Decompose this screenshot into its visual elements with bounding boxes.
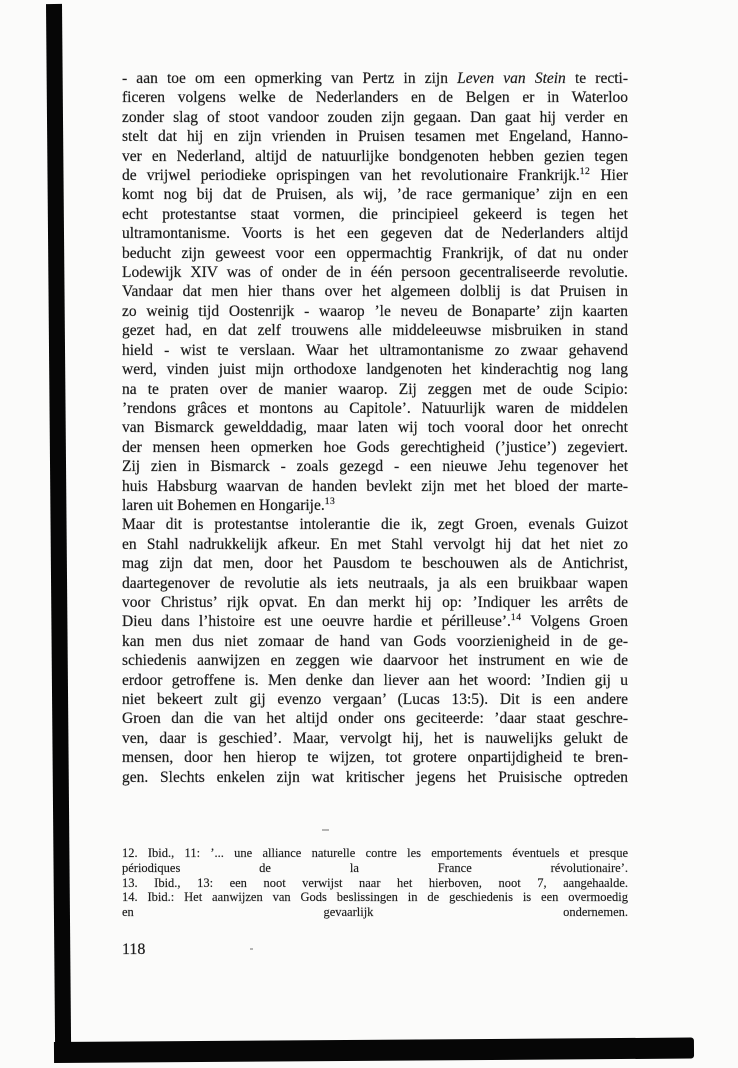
text-line: Lodewijk XIV was of onder de in één pers…: [122, 263, 628, 282]
text-line: Zij zien in Bismarck - zoals gezegd - ee…: [122, 457, 628, 476]
text-line: voor Christus’ rijk opvat. En dan merkt …: [122, 593, 628, 612]
text-line: Dieu dans l’histoire est une oeuvre hard…: [122, 612, 628, 631]
text-line: ven, daar is geschied’. Maar, vervolgt h…: [122, 729, 628, 748]
text-line: stelt dat hij en zijn vrienden in Pruise…: [122, 127, 628, 146]
text-line: Vandaar dat men hier thans over het alge…: [122, 282, 628, 301]
text-line: ver en Nederland, altijd de natuurlijke …: [122, 147, 628, 166]
text-line: périodiques de la France révolutionaire’…: [122, 861, 628, 876]
text-line: huis Habsburg waarvan de handen bevlekt …: [122, 477, 628, 496]
text-line: komt nog bij dat de Pruisen, als wij, ’d…: [122, 185, 628, 204]
text-line: Maar dit is protestantse intolerantie di…: [122, 515, 628, 534]
scanned-book-page: - aan toe om een opmerking van Pertz in …: [0, 0, 738, 1068]
text-line: laren uit Bohemen en Hongarije.13: [122, 496, 628, 515]
text-line: ’rendons grâces et montons au Capitole’.…: [122, 399, 628, 418]
scan-edge-vertical-bar: [46, 4, 71, 1052]
text-line: ficeren volgens welke de Nederlanders en…: [122, 88, 628, 107]
scan-artifact-dash: [322, 829, 329, 831]
text-line: hield - wist te verslaan. Waar het ultra…: [122, 341, 628, 360]
text-line: en gevaarlijk ondernemen.: [122, 905, 628, 920]
text-line: zo weinig tijd Oostenrijk - waarop ’le n…: [122, 302, 628, 321]
footnote-reference: 12: [580, 166, 591, 177]
body-text: - aan toe om een opmerking van Pertz in …: [122, 69, 628, 787]
text-line: 14. Ibid.: Het aanwijzen van Gods beslis…: [122, 890, 628, 905]
text-line: mag zijn dat men, door het Pausdom te be…: [122, 554, 628, 573]
text-line: niet bekeert zult gij evenzo vergaan’ (L…: [122, 690, 628, 709]
text-line: mensen, door hen hierop te wijzen, tot g…: [122, 748, 628, 767]
text-line: - aan toe om een opmerking van Pertz in …: [122, 69, 628, 88]
scan-artifact-dot: [250, 948, 253, 950]
text-line: na te praten over de manier waarop. Zij …: [122, 380, 628, 399]
text-line: erdoor getroffene is. Men denke dan liev…: [122, 671, 628, 690]
footnote-reference: 13: [325, 496, 336, 507]
text-line: werd, vinden juist mijn orthodoxe landge…: [122, 360, 628, 379]
text-line: echt protestantse staat vormen, die prin…: [122, 205, 628, 224]
text-line: zonder slag of stoot vandoor zouden zijn…: [122, 108, 628, 127]
page-number: 118: [122, 941, 145, 959]
text-line: daartegenover de revolutie als iets neut…: [122, 574, 628, 593]
text-line: en Stahl nadrukkelijk afkeur. En met Sta…: [122, 535, 628, 554]
text-line: ultramontanisme. Voorts is het een gegev…: [122, 224, 628, 243]
footnote-reference: 14: [511, 612, 522, 623]
text-line: gezet had, en dat zelf trouwens alle mid…: [122, 321, 628, 340]
text-line: kan men dus niet zomaar de hand van Gods…: [122, 632, 628, 651]
scan-edge-bottom-bar: [54, 1038, 694, 1063]
text-line: de vrijwel periodieke oprispingen van he…: [122, 166, 628, 185]
text-line: 12. Ibid., 11: ’... une alliance naturel…: [122, 846, 628, 861]
text-line: der mensen heen opmerken hoe Gods gerech…: [122, 438, 628, 457]
text-line: beducht zijn geweest voor een oppermacht…: [122, 244, 628, 263]
text-line: gen. Slechts enkelen zijn wat kritischer…: [122, 768, 628, 787]
text-line: 13. Ibid., 13: een noot verwijst naar he…: [122, 876, 628, 891]
text-line: Groen dan die van het altijd onder ons g…: [122, 709, 628, 728]
text-line: schiedenis aanwijzen en zeggen wie daarv…: [122, 651, 628, 670]
text-line: van Bismarck gewelddadig, maar laten wij…: [122, 418, 628, 437]
footnotes: 12. Ibid., 11: ’... une alliance naturel…: [122, 846, 628, 920]
